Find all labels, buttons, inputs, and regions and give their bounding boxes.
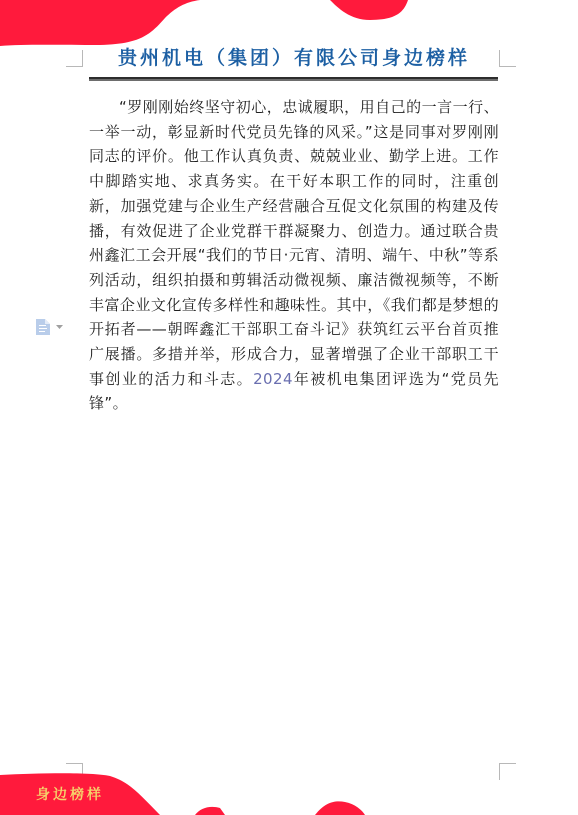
paragraph-layout-widget[interactable] bbox=[36, 319, 63, 335]
caret-down-icon[interactable] bbox=[56, 325, 63, 330]
body-year: 2024 bbox=[253, 370, 293, 388]
footer-label: 身边榜样 bbox=[36, 784, 104, 804]
margin-corner-top-right bbox=[499, 50, 516, 67]
margin-corner-top-left bbox=[66, 50, 83, 67]
header-divider bbox=[89, 77, 498, 81]
body-paragraph[interactable]: “罗刚刚始终坚守初心，忠诚履职，用自己的一言一行、一举一动，彰显新时代党员先锋的… bbox=[89, 95, 499, 416]
body-text-part-1: “罗刚刚始终坚守初心，忠诚履职，用自己的一言一行、一举一动，彰显新时代党员先锋的… bbox=[89, 98, 499, 388]
page-header-title: 贵州机电（集团）有限公司身边榜样 bbox=[90, 43, 498, 70]
document-icon bbox=[36, 319, 50, 335]
